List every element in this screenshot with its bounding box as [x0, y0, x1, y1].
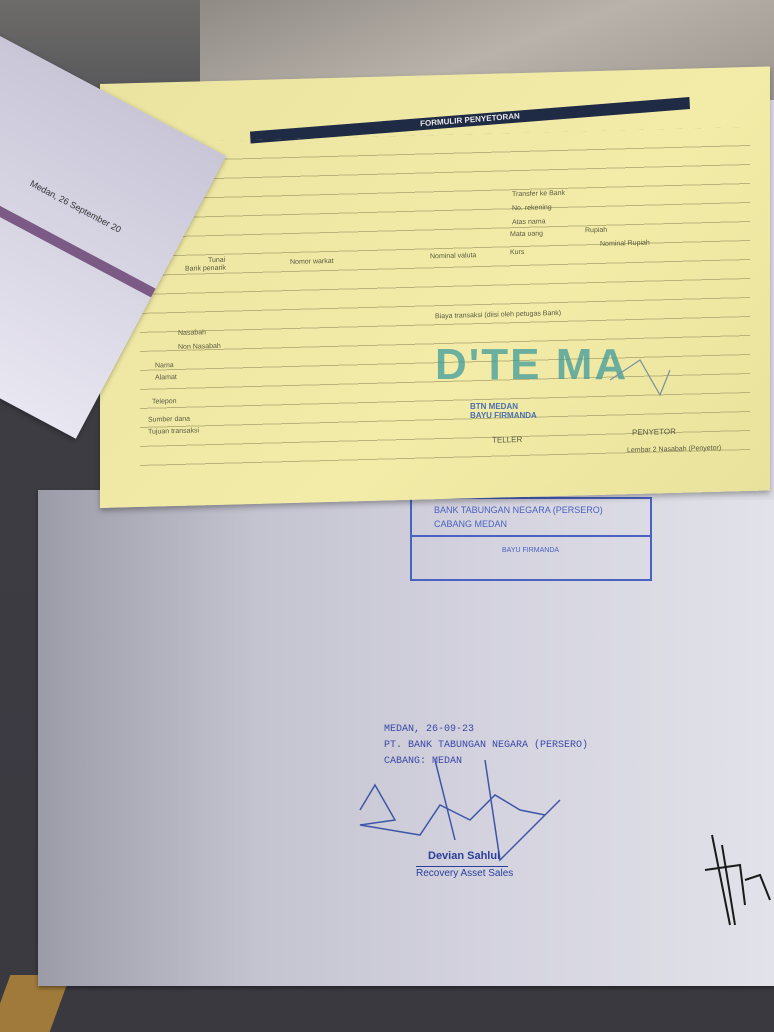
handwritten-signatures — [0, 0, 774, 1032]
signature-divider — [416, 866, 508, 867]
signatory-title: Recovery Asset Sales — [416, 868, 513, 879]
signatory-name: Devian Sahlul — [428, 850, 500, 862]
